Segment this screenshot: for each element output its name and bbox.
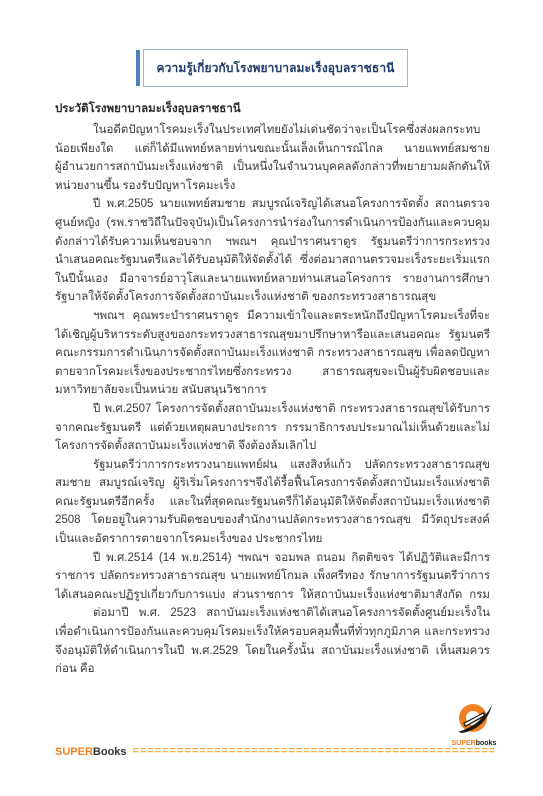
page-title: ความรู้เกี่ยวกับโรงพยาบาลมะเร็งอุบลราชธา… (157, 59, 395, 78)
footer-brand-left: SUPERBooks (55, 746, 127, 758)
paragraph-line: สมชาย สมบูรณ์เจริญ ผู้ริเริ่มโครงการฯจึง… (55, 474, 490, 493)
title-box: ความรู้เกี่ยวกับโรงพยาบาลมะเร็งอุบลราชธา… (143, 49, 408, 87)
paragraph-line: ปี พ.ศ.2505 นายแพทย์สมชาย สมบูรณ์เจริญได… (55, 195, 490, 214)
paragraph-line: ดังกล่าวได้รับความเห็นชอบจาก ฯพณฯ คุณบำร… (55, 233, 490, 252)
document-body: ประวัติโรงพยาบาลมะเร็งอุบลราชธานี ในอดีต… (55, 100, 490, 679)
paragraph: ปี พ.ศ.2514 (14 พ.ย.2514) ฯพณฯ จอมพล ถนอ… (55, 549, 490, 605)
paragraph-line: โครงการจัดตั้งสถาบันมะเร็งแห่งชาติ จึงต้… (55, 437, 490, 456)
paragraph-line: ปี พ.ศ.2507 โครงการจัดตั้งสถาบันมะเร็งแห… (55, 400, 490, 419)
paragraph-line: จากคณะรัฐมนตรี แต่ด้วยเหตุผลบางประการ กร… (55, 419, 490, 438)
footer-brand-left-books: Books (93, 746, 127, 758)
title-accent-bar (136, 50, 140, 86)
page-footer: SUPERBooks =============================… (55, 745, 500, 759)
paragraph-line: ได้เสนอคณะปฏิรูปเกี่ยวกับการแบ่ง ส่วนราช… (55, 586, 490, 605)
paragraph-line: ในปีนั้นเอง มีอาจารย์อาวุโสและนายแพทย์หล… (55, 270, 490, 289)
paragraph-line: รัฐบาลให้จัดตั้งโครงการจัดตั้งสถาบันมะเร… (55, 288, 490, 307)
title-banner: ความรู้เกี่ยวกับโรงพยาบาลมะเร็งอุบลราชธา… (143, 49, 408, 87)
paragraph-line: คณะกรรมการดำเนินการจัดตั้งสถาบันมะเร็งแห… (55, 344, 490, 363)
paragraph: ในอดีตปัญหาโรคมะเร็งในประเทศไทยยังไม่เด่… (55, 121, 490, 195)
footer-brand-right-books: books (476, 740, 497, 747)
paragraph-line: ฯพณฯ คุณพระบำราศนราดูร มีความเข้าใจและตร… (55, 307, 490, 326)
paragraph-line: ได้เชิญผู้บริหารระดับสูงของกระทรวงสาธารณ… (55, 326, 490, 345)
paragraph-line: ศูนย์หญิง (รพ.ราชวิถีในปัจจุบัน)เป็นโครง… (55, 214, 490, 233)
paragraph: ปี พ.ศ.2505 นายแพทย์สมชาย สมบูรณ์เจริญได… (55, 195, 490, 307)
paragraph-line: น้อยเพียงใด แต่ก็ได้มีแพทย์หลายท่านขณะนั… (55, 140, 490, 159)
paragraph-line: มหาวิทยาลัยจะเป็นหน่วย สนับสนุนวิชาการ (55, 381, 490, 400)
paragraph-line: หน่วยงานขึ้น รองรับปัญหาโรคมะเร็ง (55, 177, 490, 196)
footer-brand-right-super: SUPER (452, 740, 476, 747)
paragraph-line: ต่อมาปี พ.ศ. 2523 สถาบันมะเร็งแห่งชาติได… (55, 604, 490, 623)
paragraph-line: รัฐมนตรีว่าการกระทรวงนายแพทย์ฝน แสงสิงห์… (55, 456, 490, 475)
paragraph: รัฐมนตรีว่าการกระทรวงนายแพทย์ฝน แสงสิงห์… (55, 456, 490, 549)
section-heading: ประวัติโรงพยาบาลมะเร็งอุบลราชธานี (55, 100, 490, 119)
superbooks-logo-icon (454, 699, 494, 739)
paragraph-line: ในอดีตปัญหาโรคมะเร็งในประเทศไทยยังไม่เด่… (55, 121, 490, 140)
paragraph-line: ราชการ ปลัดกระทรวงสาธารณสุข นายแพทย์โกมล… (55, 567, 490, 586)
footer-brand-left-super: SUPER (55, 746, 93, 758)
paragraph-line: จึงอนุมัติให้ดำเนินการในปี พ.ศ.2529 โดยใ… (55, 642, 490, 661)
paragraph-line: 2508 โดยอยู่ในความรับผิดชอบของสำนักงานปล… (55, 511, 490, 530)
paragraph-line: ปี พ.ศ.2514 (14 พ.ย.2514) ฯพณฯ จอมพล ถนอ… (55, 549, 490, 568)
paragraph-line: ตายจากโรคมะเร็งของประชากรไทยซึ่งกระทรวง … (55, 363, 490, 382)
paragraph: ต่อมาปี พ.ศ. 2523 สถาบันมะเร็งแห่งชาติได… (55, 604, 490, 678)
paragraph-line: ก่อน คือ (55, 660, 490, 679)
footer-logo-block: SUPERbooks (448, 699, 500, 747)
paragraph: ฯพณฯ คุณพระบำราศนราดูร มีความเข้าใจและตร… (55, 307, 490, 400)
footer-separator: ========================================… (133, 745, 494, 759)
paragraphs-container: ในอดีตปัญหาโรคมะเร็งในประเทศไทยยังไม่เด่… (55, 121, 490, 679)
paragraph-line: เป็นและอัตราการตายจากโรคมะเร็งของ ประชาก… (55, 530, 490, 549)
paragraph-line: นำเสนอคณะรัฐมนตรีและได้รับอนุมัติให้จัดต… (55, 251, 490, 270)
document-page: ความรู้เกี่ยวกับโรงพยาบาลมะเร็งอุบลราชธา… (0, 0, 543, 796)
paragraph-line: เพื่อดำเนินการป้องกันและควบคุมโรคมะเร็งใ… (55, 623, 490, 642)
paragraph: ปี พ.ศ.2507 โครงการจัดตั้งสถาบันมะเร็งแห… (55, 400, 490, 456)
paragraph-line: ผู้อำนวยการสถาบันมะเร็งแห่งชาติ เป็นหนึ่… (55, 158, 490, 177)
paragraph-line: คณะรัฐมนตรีอีกครั้ง และในที่สุดคณะรัฐมนต… (55, 493, 490, 512)
footer-brand-right: SUPERbooks (448, 740, 500, 747)
